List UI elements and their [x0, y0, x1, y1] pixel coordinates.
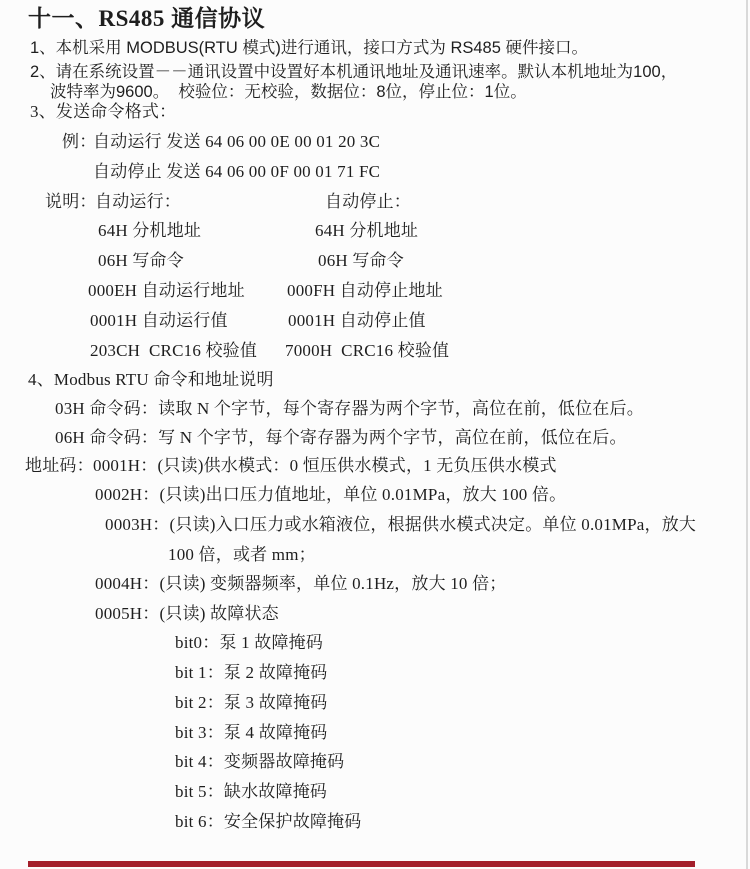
item-1: 1、本机采用 MODBUS(RTU 模式)进行通讯，接口方式为 RS485 硬件…	[30, 37, 588, 59]
explanation-row-left: 06H 写命令	[98, 250, 184, 272]
explanation-row-right: 000FH 自动停止地址	[287, 280, 443, 302]
address-0003h-line1: 0003H：(只读)入口压力或水箱液位，根据供水模式决定。单位 0.01MPa，…	[105, 514, 696, 536]
address-0003h-line2: 100 倍，或者 mm；	[168, 544, 316, 566]
explanation-label: 说明：	[45, 191, 97, 213]
bit-line-5: bit 5：缺水故障掩码	[175, 781, 327, 803]
explanation-row-right: 0001H 自动停止值	[288, 310, 426, 332]
address-0002h: 0002H：(只读)出口压力值地址，单位 0.01MPa，放大 100 倍。	[95, 484, 566, 506]
item-4: 4、Modbus RTU 命令和地址说明	[28, 369, 274, 391]
explanation-row-left: 203CH CRC16 校验值	[90, 340, 257, 362]
item-2-line2: 波特率为9600。 校验位：无校验，数据位：8位，停止位：1位。	[50, 81, 527, 103]
explanation-row-left: 000EH 自动运行地址	[88, 280, 245, 302]
page-title: 十一、RS485 通信协议	[28, 4, 265, 34]
bit-line-4: bit 4：变频器故障掩码	[175, 751, 344, 773]
bit-line-1: bit 1：泵 2 故障掩码	[175, 662, 328, 684]
explanation-row-left: 64H 分机地址	[98, 220, 201, 242]
bit-line-6: bit 6：安全保护故障掩码	[175, 811, 362, 833]
bit-line-2: bit 2：泵 3 故障掩码	[175, 692, 328, 714]
bottom-divider	[28, 861, 695, 867]
command-06h: 06H 命令码：写 N 个字节，每个寄存器为两个字节，高位在前，低位在后。	[55, 427, 627, 449]
page-edge-line	[746, 0, 748, 869]
document-page: 十一、RS485 通信协议 1、本机采用 MODBUS(RTU 模式)进行通讯，…	[0, 0, 750, 869]
bit-line-3: bit 3：泵 4 故障掩码	[175, 722, 328, 744]
example-label: 例：	[62, 131, 96, 153]
item-3: 3、发送命令格式：	[30, 101, 176, 123]
explanation-right-header: 自动停止：	[325, 191, 411, 213]
example-stop-line: 自动停止 发送 64 06 00 0F 00 01 71 FC	[93, 161, 380, 183]
bit-line-0: bit0：泵 1 故障掩码	[175, 632, 323, 654]
address-0004h: 0004H：(只读) 变频器频率，单位 0.1Hz，放大 10 倍；	[95, 573, 506, 595]
item-2-line1: 2、请在系统设置－－通讯设置中设置好本机通讯地址及通讯速率。默认本机地址为100…	[30, 61, 677, 83]
address-0001h: 0001H：(只读)供水模式：0 恒压供水模式，1 无负压供水模式	[93, 455, 557, 477]
explanation-row-right: 64H 分机地址	[315, 220, 418, 242]
explanation-row-left: 0001H 自动运行值	[90, 310, 228, 332]
address-code-label: 地址码：	[25, 455, 94, 477]
explanation-row-right: 06H 写命令	[318, 250, 404, 272]
example-run-line: 自动运行 发送 64 06 00 0E 00 01 20 3C	[93, 131, 380, 153]
address-0005h: 0005H：(只读) 故障状态	[95, 603, 279, 625]
command-03h: 03H 命令码：读取 N 个字节，每个寄存器为两个字节，高位在前，低位在后。	[55, 398, 644, 420]
explanation-left-header: 自动运行：	[95, 191, 181, 213]
explanation-row-right: 7000H CRC16 校验值	[285, 340, 449, 362]
